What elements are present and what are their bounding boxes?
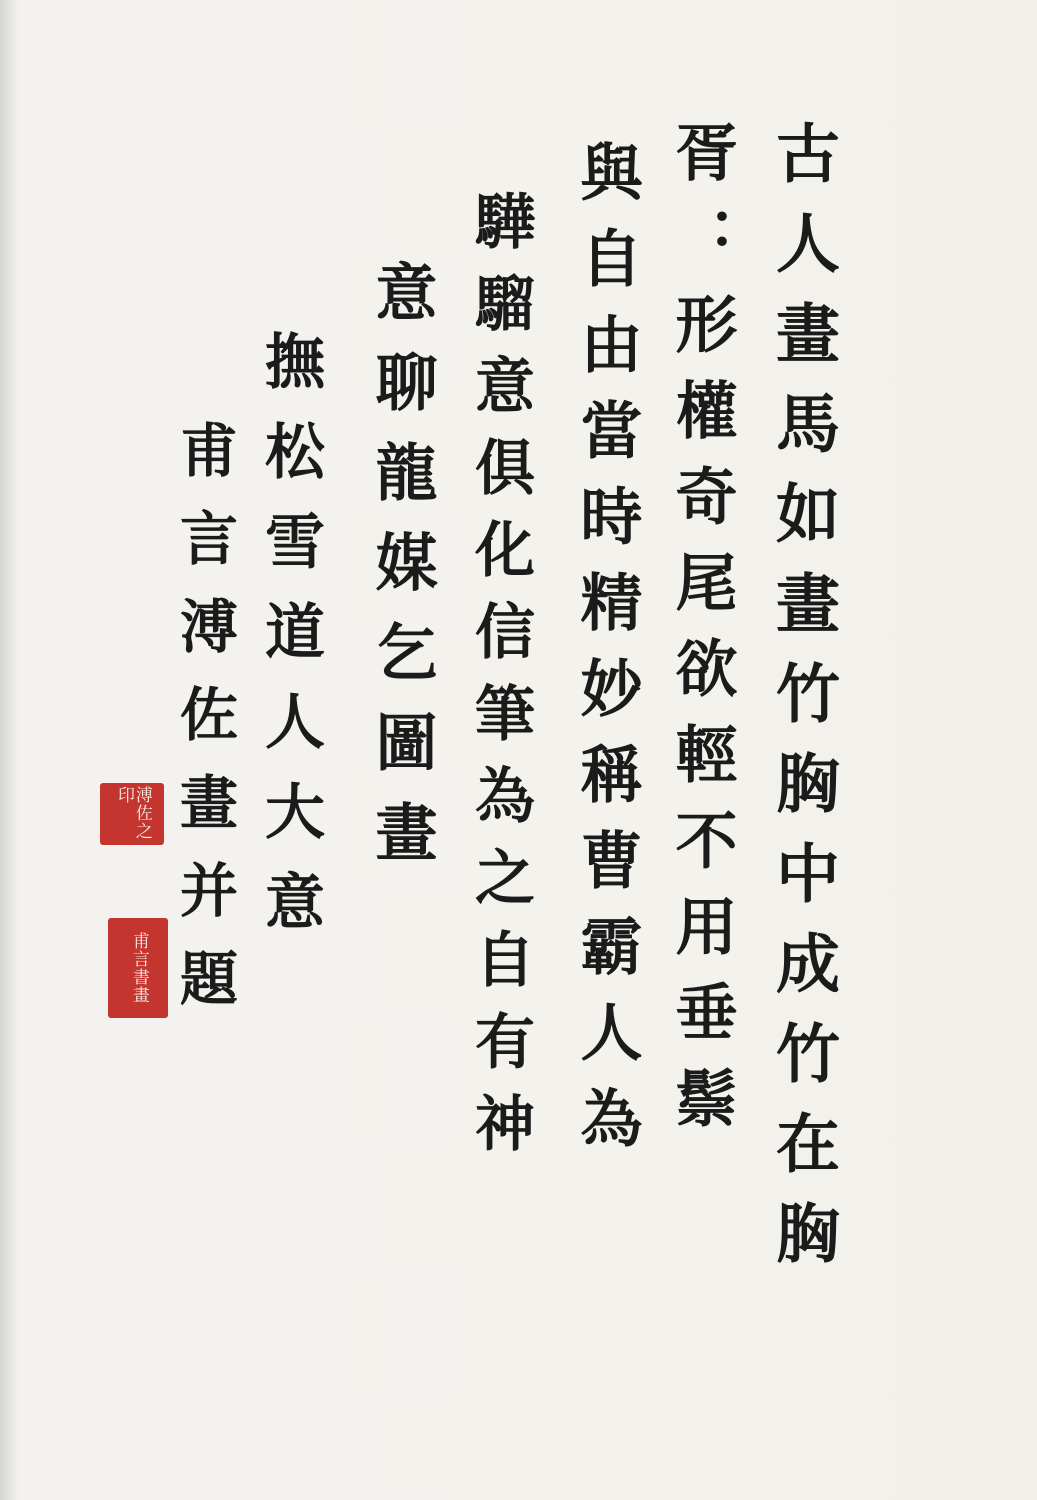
calligraphy-column-6: 撫松雪道人大意: [260, 330, 320, 960]
mounting-edge: [0, 0, 18, 1500]
calligraphy-column-1: 古人畫馬如畫竹胸中成竹在胸: [770, 120, 834, 1290]
calligraphy-column-3: 與自由當時精妙稱曹霸人為: [575, 140, 637, 1172]
calligraphy-signature: 甫言溥佐畫并題: [175, 420, 233, 1036]
red-seal-upper: 溥佐之印: [100, 783, 164, 845]
calligraphy-column-5: 意聊龍媒乞圖畫: [370, 260, 432, 890]
red-seal-lower: 甫言書畫: [108, 918, 168, 1018]
calligraphy-column-4: 驊騮意俱化信筆為之自有神: [470, 190, 530, 1174]
calligraphy-column-2: 胥：形權奇尾欲輕不用垂鬃: [670, 120, 732, 1152]
